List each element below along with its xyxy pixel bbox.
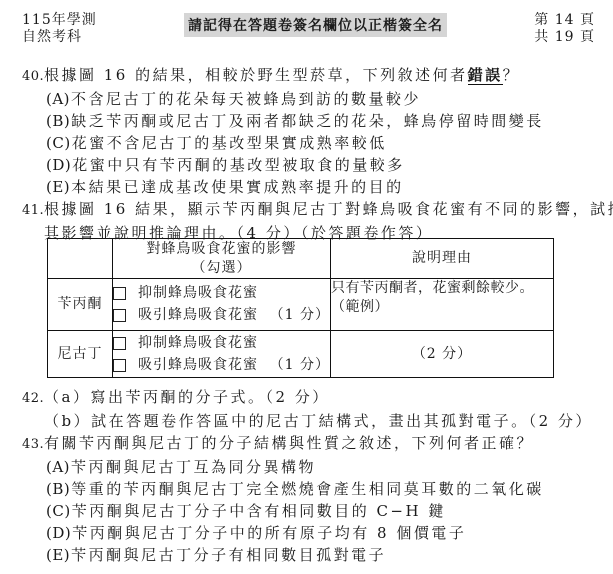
header-empty-cell bbox=[48, 239, 113, 279]
stem-text: 根據圖 16 的結果，相較於野生型菸草，下列敘述何者 bbox=[44, 66, 468, 84]
option-label: (A) bbox=[46, 90, 70, 108]
question-40-option-d: (D)花蜜中只有苄丙酮的基改型被取食的量較多 bbox=[46, 154, 600, 176]
question-43: 43.有關苄丙酮與尼古丁的分子結構與性質之敘述，下列何者正確？ (A)苄丙酮與尼… bbox=[22, 432, 600, 566]
checkbox-label: 抑制蜂鳥吸食花蜜 bbox=[138, 284, 258, 303]
option-label: (B) bbox=[46, 112, 70, 130]
exam-info: 115年學測 自然考科 bbox=[22, 12, 97, 46]
question-41: 41.根據圖 16 結果，顯示苄丙酮與尼古丁對蜂鳥吸食花蜜有不同的影響，試推論 … bbox=[22, 198, 600, 378]
exam-page: 115年學測 自然考科 請記得在答題卷簽名欄位以正楷簽全名 第 14 頁 共 1… bbox=[0, 0, 613, 574]
total-pages: 共 19 頁 bbox=[534, 29, 595, 46]
page-header: 115年學測 自然考科 請記得在答題卷簽名欄位以正楷簽全名 第 14 頁 共 1… bbox=[22, 12, 595, 46]
reason-text: 只有苄丙酮者，花蜜剩餘較少。 bbox=[331, 279, 553, 298]
question-43-option-b: (B)等重的苄丙酮與尼古丁完全燃燒會產生相同莫耳數的二氧化碳 bbox=[46, 478, 600, 500]
question-43-option-a: (A)苄丙酮與尼古丁互為同分異構物 bbox=[46, 456, 600, 478]
option-text: 花蜜中只有苄丙酮的基改型被取食的量較多 bbox=[72, 156, 405, 174]
question-41-number: 41. bbox=[22, 200, 44, 222]
option-text: 缺乏苄丙酮或尼古丁及兩者都缺乏的花朵，蜂鳥停留時間變長 bbox=[71, 112, 544, 130]
question-40-option-c: (C)花蜜不含尼古丁的基改型果實成熟率較低 bbox=[46, 132, 600, 154]
page-info: 第 14 頁 共 19 頁 bbox=[534, 12, 595, 46]
emphasis-wrong-text: 錯誤 bbox=[468, 66, 503, 85]
option-text: 等重的苄丙酮與尼古丁完全燃燒會產生相同莫耳數的二氧化碳 bbox=[71, 480, 544, 498]
question-43-stem: 43.有關苄丙酮與尼古丁的分子結構與性質之敘述，下列何者正確？ bbox=[22, 432, 600, 456]
effect-options-cell: 抑制蜂鳥吸食花蜜 吸引蜂鳥吸食花蜜（1 分） bbox=[113, 331, 331, 378]
option-label: (E) bbox=[46, 546, 70, 564]
header-reason-cell: 說明理由 bbox=[331, 239, 554, 279]
checkbox-label: 吸引蜂鳥吸食花蜜 bbox=[138, 306, 258, 325]
question-43-option-e: (E)苄丙酮與尼古丁分子有相同數目孤對電子 bbox=[46, 544, 600, 566]
row-label-nicotine: 尼古丁 bbox=[48, 331, 113, 378]
table-row-benzylacetone: 苄丙酮 抑制蜂鳥吸食花蜜 吸引蜂鳥吸食花蜜（1 分） 只有苄丙酮者，花蜜剩餘較少… bbox=[48, 279, 554, 331]
option-text: 花蜜不含尼古丁的基改型果實成熟率較低 bbox=[72, 134, 387, 152]
option-label: (D) bbox=[46, 524, 71, 542]
questions-area: 40.根據圖 16 的結果，相較於野生型菸草，下列敘述何者錯誤？ (A)不含尼古… bbox=[22, 64, 600, 566]
signature-notice: 請記得在答題卷簽名欄位以正楷簽全名 bbox=[184, 13, 447, 37]
reason-cell-blank: （2 分） bbox=[331, 331, 554, 378]
question-40-option-a: (A)不含尼古丁的花朵每天被蜂鳥到訪的數量較少 bbox=[46, 88, 600, 110]
header-effect-line2: （勾選） bbox=[113, 259, 330, 278]
option-label: (E) bbox=[46, 178, 70, 196]
checkbox-attract-icon bbox=[113, 309, 126, 322]
stem-text: 根據圖 16 結果，顯示苄丙酮與尼古丁對蜂鳥吸食花蜜有不同的影響，試推論 bbox=[44, 200, 613, 218]
option-text: 不含尼古丁的花朵每天被蜂鳥到訪的數量較少 bbox=[71, 90, 421, 108]
option-label: (D) bbox=[46, 156, 71, 174]
checkbox-inhibit-icon bbox=[113, 337, 126, 350]
option-label: (A) bbox=[46, 458, 70, 476]
stem-text: 有關苄丙酮與尼古丁的分子結構與性質之敘述，下列何者正確？ bbox=[44, 434, 534, 452]
stem-text-tail: ？ bbox=[503, 66, 521, 84]
option-text: 苄丙酮與尼古丁分子中含有相同數目的 C−H 鍵 bbox=[72, 502, 446, 520]
reason-example-note: （範例） bbox=[331, 298, 553, 317]
question-43-number: 43. bbox=[22, 434, 44, 456]
reason-cell-example: 只有苄丙酮者，花蜜剩餘較少。 （範例） bbox=[331, 279, 554, 331]
score-badge: （1 分） bbox=[270, 356, 330, 375]
exam-year-label: 115年學測 bbox=[22, 12, 97, 29]
table-row-nicotine: 尼古丁 抑制蜂鳥吸食花蜜 吸引蜂鳥吸食花蜜（1 分） （2 分） bbox=[48, 331, 554, 378]
question-42-part-a: 42.（a）寫出苄丙酮的分子式。（2 分） bbox=[22, 386, 600, 410]
question-40-option-e: (E)本結果已達成基改使果實成熟率提升的目的 bbox=[46, 176, 600, 198]
option-label: (C) bbox=[46, 134, 71, 152]
part-a-text: （a）寫出苄丙酮的分子式。（2 分） bbox=[44, 388, 330, 406]
option-label: (B) bbox=[46, 480, 70, 498]
attract-option-line: 吸引蜂鳥吸食花蜜（1 分） bbox=[113, 305, 330, 327]
row-label-benzylacetone: 苄丙酮 bbox=[48, 279, 113, 331]
question-42: 42.（a）寫出苄丙酮的分子式。（2 分） （b）試在答題卷作答區中的尼古丁結構… bbox=[22, 386, 600, 432]
question-40-number: 40. bbox=[22, 66, 44, 88]
checkbox-inhibit-icon bbox=[113, 287, 126, 300]
effect-options-cell: 抑制蜂鳥吸食花蜜 吸引蜂鳥吸食花蜜（1 分） bbox=[113, 279, 331, 331]
attract-option-line: 吸引蜂鳥吸食花蜜（1 分） bbox=[113, 354, 330, 376]
exam-subject-label: 自然考科 bbox=[22, 29, 97, 46]
checkbox-label: 抑制蜂鳥吸食花蜜 bbox=[138, 334, 258, 353]
page-number: 第 14 頁 bbox=[534, 12, 595, 29]
score-badge: （1 分） bbox=[270, 306, 330, 325]
option-text: 苄丙酮與尼古丁互為同分異構物 bbox=[71, 458, 316, 476]
question-43-option-c: (C)苄丙酮與尼古丁分子中含有相同數目的 C−H 鍵 bbox=[46, 500, 600, 522]
option-text: 苄丙酮與尼古丁分子有相同數目孤對電子 bbox=[71, 546, 386, 564]
checkbox-label: 吸引蜂鳥吸食花蜜 bbox=[138, 356, 258, 375]
question-40: 40.根據圖 16 的結果，相較於野生型菸草，下列敘述何者錯誤？ (A)不含尼古… bbox=[22, 64, 600, 198]
option-text: 本結果已達成基改使果實成熟率提升的目的 bbox=[71, 178, 404, 196]
option-text: 苄丙酮與尼古丁分子中的所有原子均有 8 個價電子 bbox=[72, 524, 466, 542]
option-label: (C) bbox=[46, 502, 71, 520]
inhibit-option-line: 抑制蜂鳥吸食花蜜 bbox=[113, 332, 330, 354]
answer-table: 對蜂鳥吸食花蜜的影響 （勾選） 說明理由 苄丙酮 抑制蜂鳥吸食花蜜 吸引蜂鳥吸食… bbox=[47, 238, 554, 378]
question-40-stem: 40.根據圖 16 的結果，相較於野生型菸草，下列敘述何者錯誤？ bbox=[22, 64, 600, 88]
question-42-part-b: （b）試在答題卷作答區中的尼古丁結構式，畫出其孤對電子。（2 分） bbox=[44, 410, 600, 432]
inhibit-option-line: 抑制蜂鳥吸食花蜜 bbox=[113, 283, 330, 305]
header-effect-cell: 對蜂鳥吸食花蜜的影響 （勾選） bbox=[113, 239, 331, 279]
question-42-number: 42. bbox=[22, 388, 44, 410]
question-43-option-d: (D)苄丙酮與尼古丁分子中的所有原子均有 8 個價電子 bbox=[46, 522, 600, 544]
question-41-stem-line1: 41.根據圖 16 結果，顯示苄丙酮與尼古丁對蜂鳥吸食花蜜有不同的影響，試推論 bbox=[22, 198, 600, 222]
question-40-option-b: (B)缺乏苄丙酮或尼古丁及兩者都缺乏的花朵，蜂鳥停留時間變長 bbox=[46, 110, 600, 132]
table-header-row: 對蜂鳥吸食花蜜的影響 （勾選） 說明理由 bbox=[48, 239, 554, 279]
checkbox-attract-icon bbox=[113, 359, 126, 372]
